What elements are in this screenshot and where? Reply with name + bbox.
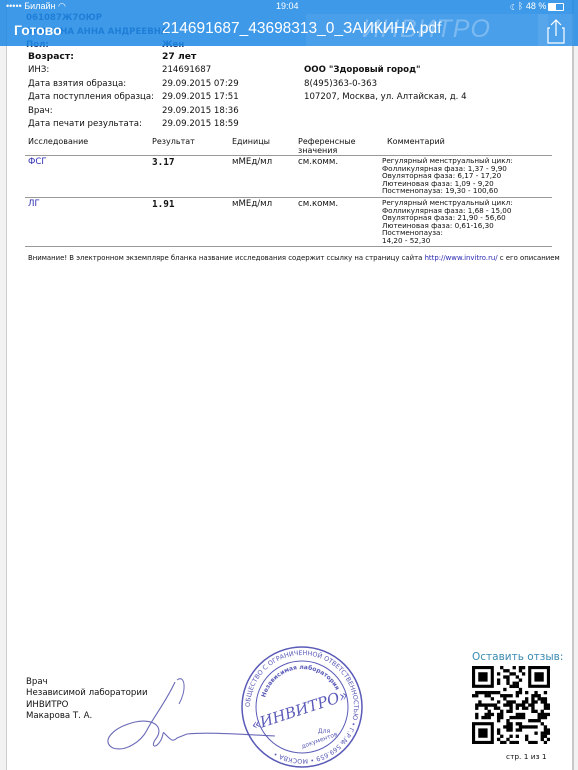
- navigation-bar: ИНВИТРО ••••• Билайн ◠ 19:04 ☾ ᛒ 48 % Го…: [0, 0, 578, 46]
- result-value: 1.91: [152, 199, 175, 210]
- clinic-name: ООО "Здоровый город": [304, 65, 420, 75]
- qr-code[interactable]: [472, 666, 550, 744]
- notice-text: Внимание! В электронном экземпляре бланк…: [28, 254, 425, 262]
- field-label: Дата печати результата:: [28, 119, 142, 129]
- done-button[interactable]: Готово: [14, 22, 62, 38]
- table-divider: [25, 246, 552, 247]
- age-label: Возраст:: [28, 51, 74, 62]
- battery-icon: [548, 3, 564, 11]
- clock: 19:04: [276, 1, 299, 11]
- wifi-icon: ◠: [58, 1, 66, 11]
- result-value: 3.17: [152, 157, 175, 168]
- share-icon: [538, 14, 574, 46]
- field-value: 214691687: [162, 65, 211, 75]
- stamp: ОБЩЕСТВО С ОГРАНИЧЕННОЙ ОТВЕТСТВЕННОСТЬЮ…: [240, 645, 365, 770]
- share-button[interactable]: [538, 14, 574, 46]
- units: мМЕд/мл: [232, 157, 272, 167]
- notice-text-end: с его описанием: [498, 254, 560, 262]
- age-value: 27 лет: [162, 51, 196, 62]
- clinic-phone: 8(495)363-0-363: [304, 79, 377, 89]
- comment-line: 14,20 - 52,30: [382, 237, 513, 245]
- field-label: Дата взятия образца:: [28, 79, 126, 89]
- clinic-address: 107207, Москва, ул. Алтайская, д. 4: [304, 92, 467, 102]
- field-label: Дата поступления образца:: [28, 92, 154, 102]
- moon-icon: ☾: [510, 1, 515, 11]
- bluetooth-icon: ᛒ: [518, 1, 523, 11]
- field-value: 29.09.2015 07:29: [162, 79, 239, 89]
- header-units: Единицы: [232, 137, 270, 146]
- comment-line: Постменопауза: 19,30 - 100,60: [382, 187, 513, 195]
- test-name-link[interactable]: ЛГ: [28, 199, 40, 209]
- test-name-link[interactable]: ФСГ: [28, 157, 47, 167]
- comment: Регулярный менструальный цикл:Фолликуляр…: [382, 157, 513, 195]
- reference: см.комм.: [298, 157, 338, 167]
- document-title: 214691687_43698313_0_ЗАИКИНА.pdf: [162, 20, 441, 38]
- field-label: ИНЗ:: [28, 65, 49, 75]
- field-value: 29.09.2015 18:36: [162, 106, 239, 116]
- header-result: Результат: [152, 137, 195, 146]
- header-comment: Комментарий: [387, 137, 445, 146]
- reference: см.комм.: [298, 199, 338, 209]
- field-label: Врач:: [28, 106, 53, 116]
- page-counter: стр. 1 из 1: [506, 752, 547, 761]
- field-value: 29.09.2015 18:59: [162, 119, 239, 129]
- document: 061087Ж7ОЮР ЗАИКИНА АННА АНДРЕЕВНА Пол: …: [0, 0, 578, 770]
- header-test: Исследование: [28, 137, 88, 146]
- field-value: 29.09.2015 17:51: [162, 92, 239, 102]
- units: мМЕд/мл: [232, 199, 272, 209]
- battery-status: ☾ ᛒ 48 %: [510, 1, 564, 11]
- feedback-label: Оставить отзыв:: [472, 651, 563, 663]
- invitro-link[interactable]: http://www.invitro.ru/: [425, 254, 498, 262]
- comment: Регулярный менструальный цикл:Фолликуляр…: [382, 199, 513, 245]
- carrier: ••••• Билайн ◠: [6, 1, 66, 12]
- notice: Внимание! В электронном экземпляре бланк…: [28, 254, 560, 262]
- header-reference: Референсные значения: [298, 137, 368, 155]
